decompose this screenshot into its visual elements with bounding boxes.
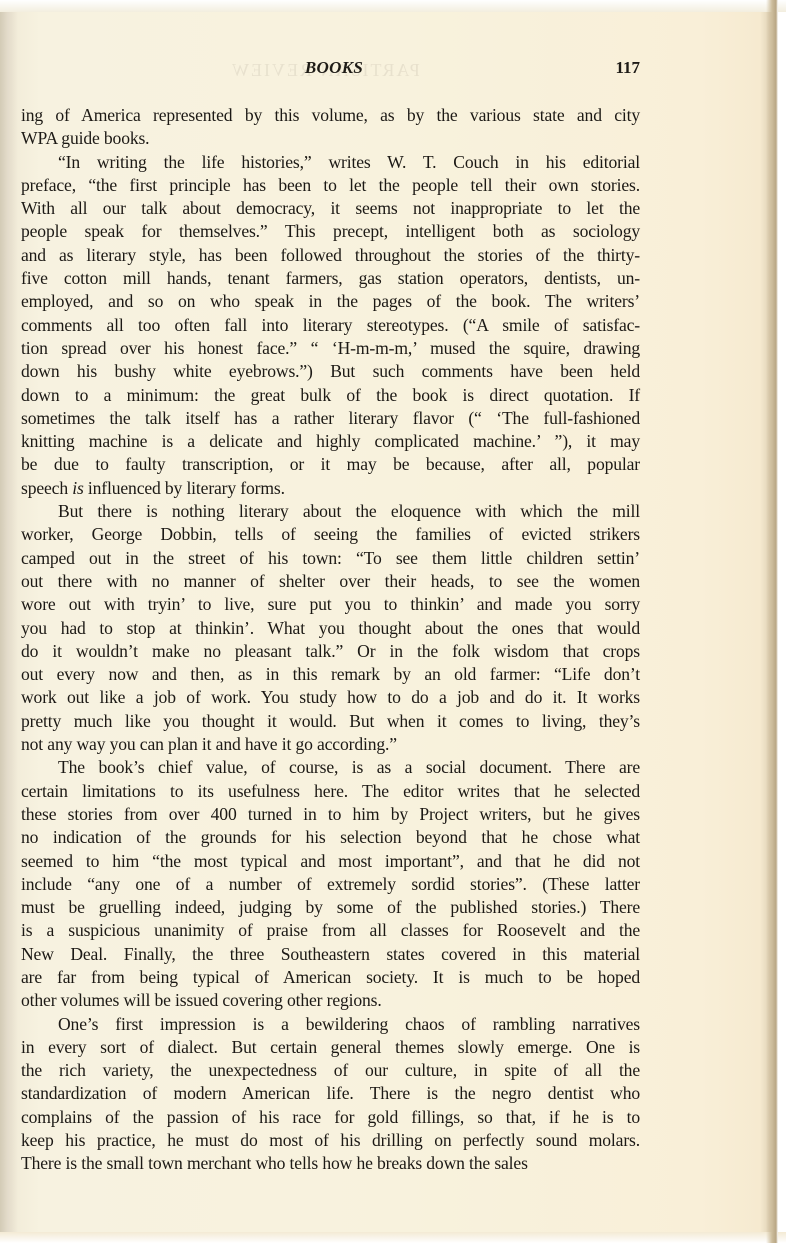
text-line: The book’s chief value, of course, is as…: [21, 756, 640, 779]
paragraph: The book’s chief value, of course, is as…: [21, 756, 640, 1012]
text-line: camped out in the street of his town: “T…: [21, 547, 640, 570]
text-line: preface, “the first principle has been t…: [21, 174, 640, 197]
text-line: certain limitations to its usefulness he…: [21, 780, 640, 803]
paragraph: But there is nothing literary about the …: [21, 500, 640, 756]
text-line: people speak for themselves.” This prece…: [21, 220, 640, 243]
text-line: But there is nothing literary about the …: [21, 500, 640, 523]
page-gutter-shadow: [0, 0, 18, 1243]
text-line: do it wouldn’t make no pleasant talk.” O…: [21, 640, 640, 663]
text-line: sometimes the talk itself has a rather l…: [21, 407, 640, 430]
text-line: “In writing the life histories,” writes …: [21, 151, 640, 174]
text-line: the rich variety, the unexpectedness of …: [21, 1059, 640, 1082]
text-line: and as literary style, has been followed…: [21, 244, 640, 267]
text-line: employed, and so on who speak in the pag…: [21, 290, 640, 313]
book-page: PARTISAN REVIEW BOOKS 117 ing of America…: [0, 0, 786, 1243]
paragraph: “In writing the life histories,” writes …: [21, 151, 640, 500]
text-line: complains of the passion of his race for…: [21, 1106, 640, 1129]
text-line: standardization of modern American life.…: [21, 1082, 640, 1105]
text-run: speech: [21, 478, 72, 498]
text-line: speech is influenced by literary forms.: [21, 477, 640, 500]
text-line: these stories from over 400 turned in to…: [21, 803, 640, 826]
text-line: is a suspicious unanimity of praise from…: [21, 919, 640, 942]
text-line: other volumes will be issued covering ot…: [21, 989, 640, 1012]
text-line: out every now and then, as in this remar…: [21, 663, 640, 686]
body-text: ing of America represented by this volum…: [21, 104, 640, 1176]
text-line: must be gruelling indeed, judging by som…: [21, 896, 640, 919]
text-line: ing of America represented by this volum…: [21, 104, 640, 127]
paragraph: ing of America represented by this volum…: [21, 104, 640, 151]
text-line: are far from being typical of American s…: [21, 966, 640, 989]
text-line: include “any one of a number of extremel…: [21, 873, 640, 896]
text-line: WPA guide books.: [21, 127, 640, 150]
italic-emphasis: is: [72, 478, 83, 498]
page-bottom-edge: [0, 1232, 786, 1243]
text-line: be due to faulty transcription, or it ma…: [21, 453, 640, 476]
text-line: comments all too often fall into literar…: [21, 314, 640, 337]
text-line: New Deal. Finally, the three Southeaster…: [21, 943, 640, 966]
text-line: wore out with tryin’ to live, sure put y…: [21, 593, 640, 616]
text-line: work out like a job of work. You study h…: [21, 686, 640, 709]
page-right-edge-shadow: [766, 0, 778, 1243]
text-line: worker, George Dobbin, tells of seeing t…: [21, 523, 640, 546]
text-line: you had to stop at thinkin’. What you th…: [21, 617, 640, 640]
paragraph: One’s first impression is a bewildering …: [21, 1013, 640, 1176]
text-line: not any way you can plan it and have it …: [21, 733, 640, 756]
text-line: knitting machine is a delicate and highl…: [21, 430, 640, 453]
text-line: With all our talk about democracy, it se…: [21, 197, 640, 220]
text-run: influenced by literary forms.: [84, 478, 285, 498]
text-line: One’s first impression is a bewildering …: [21, 1013, 640, 1036]
page-top-edge: [0, 0, 786, 12]
text-line: There is the small town merchant who tel…: [21, 1152, 640, 1175]
running-title: BOOKS: [20, 58, 640, 78]
running-header: BOOKS 117: [20, 58, 640, 82]
text-line: tion spread over his honest face.” “ ‘H-…: [21, 337, 640, 360]
text-line: keep his practice, he must do most of hi…: [21, 1129, 640, 1152]
text-line: pretty much like you thought it would. B…: [21, 710, 640, 733]
text-line: in every sort of dialect. But certain ge…: [21, 1036, 640, 1059]
text-line: down to a minimum: the great bulk of the…: [21, 384, 640, 407]
page-number: 117: [615, 58, 640, 78]
text-line: seemed to him “the most typical and most…: [21, 850, 640, 873]
text-line: out there with no manner of shelter over…: [21, 570, 640, 593]
text-line: down his bushy white eyebrows.”) But suc…: [21, 360, 640, 383]
text-line: no indication of the grounds for his sel…: [21, 826, 640, 849]
text-line: five cotton mill hands, tenant farmers, …: [21, 267, 640, 290]
